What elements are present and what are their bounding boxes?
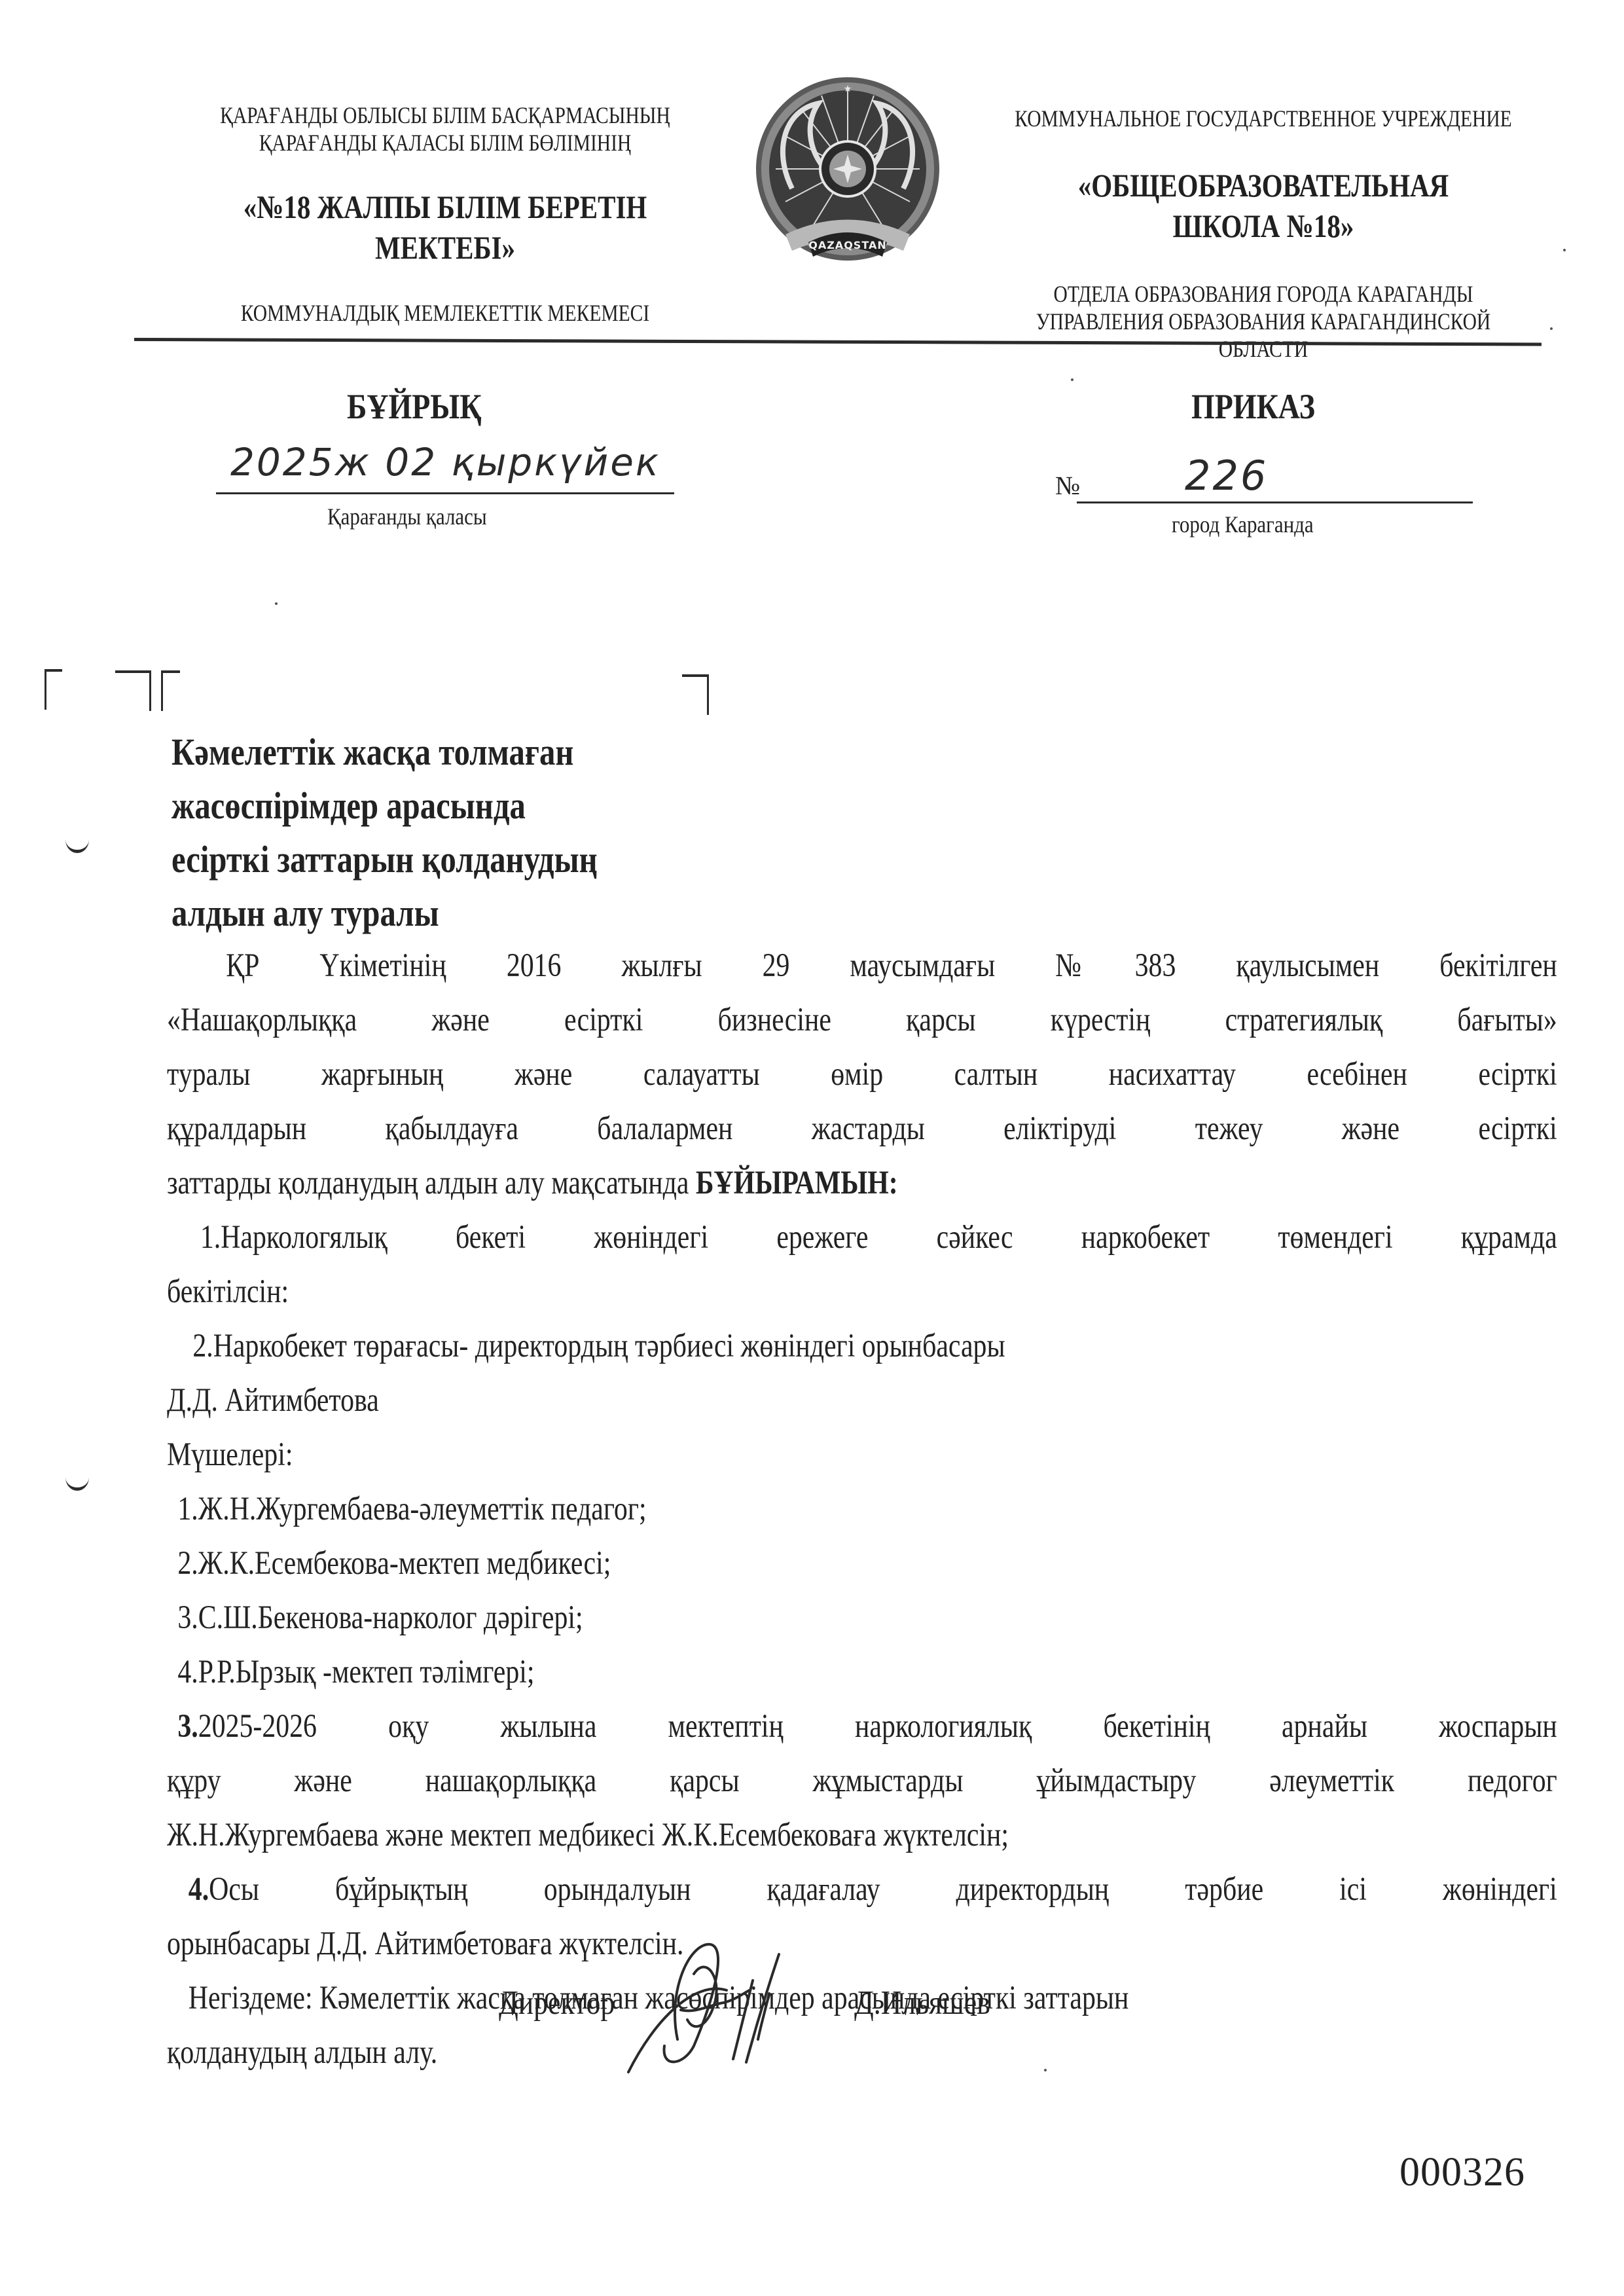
school-name-ru-line1: «ОБЩЕОБРАЗОВАТЕЛЬНАЯ (1005, 165, 1521, 206)
preamble-line-4: құралдарын қабылдауға балалармен жастард… (167, 1102, 1557, 1156)
order-number-handwritten: 226 (1185, 452, 1268, 500)
scan-artifact-hole-mark (65, 826, 89, 853)
item-4-line-2: орынбасары Д.Д. Айтимбетоваға жүктелсін. (167, 1917, 1557, 1971)
item-4-line-1-text: Осы бұйрықтың орындалуын қадағалау дирек… (209, 1871, 1557, 1908)
preamble-line-5-text: заттарды қолданудың алдын алу мақсатында (167, 1165, 696, 1201)
corner-bracket-top-right (682, 674, 709, 715)
page-number: 000326 (1399, 2149, 1525, 2196)
scan-artifact-hole-mark (65, 1464, 89, 1491)
member-4: 4.Р.Р.Ырзық -мектеп тәлімгері; (167, 1645, 1557, 1700)
preamble-line-2: «Нашақорлыққа және есірткі бизнесіне қар… (167, 993, 1557, 1048)
signatory-name: Д.Ильяшев (854, 1984, 990, 2022)
scan-speck (275, 602, 278, 605)
header-left-line1: ҚАРАҒАНДЫ ОБЛЫСЫ БІЛІМ БАСҚАРМАСЫНЫҢ (187, 101, 702, 129)
date-underline (216, 492, 674, 494)
item-4-number: 4. (189, 1871, 209, 1908)
item-1-line-1: 1.Наркологялық бекеті жөніндегі ережеге … (167, 1211, 1557, 1265)
header-left-line2: ҚАРАҒАНДЫ ҚАЛАСЫ БІЛІМ БӨЛІМІНІҢ (187, 129, 702, 156)
item-3-number: 3. (177, 1708, 198, 1745)
header-right-line1: ОТДЕЛА ОБРАЗОВАНИЯ ГОРОДА КАРАГАНДЫ (1005, 280, 1521, 308)
order-date-handwritten: 2025ж 02 қыркүйек (230, 440, 660, 484)
school-name-kz-line2: МЕКТЕБІ» (187, 227, 702, 268)
scan-speck (1044, 2069, 1047, 2071)
scan-speck (1550, 327, 1553, 330)
handwritten-signature-icon (615, 1928, 851, 2092)
item-2-line-2: Д.Д. Айтимбетова (167, 1374, 1557, 1428)
corner-bracket-top-left-inner (115, 670, 151, 711)
subject-line-1: Кәмелеттік жасқа толмаған (171, 725, 598, 779)
city-ru: город Караганда (1172, 511, 1314, 538)
preamble-line-3: туралы жарғының және салауатты өмір салт… (167, 1048, 1557, 1102)
item-4-line-1: 4.Осы бұйрықтың орындалуын қадағалау дир… (167, 1863, 1557, 1917)
corner-bracket-top-left (45, 669, 62, 710)
subject-line-3: есірткі заттарын қолданудың (171, 833, 598, 886)
order-subject: Кәмелеттік жасқа толмаған жасөспірімдер … (171, 725, 598, 940)
item-3-line-3: Ж.Н.Жургембаева және мектеп медбикесі Ж.… (167, 1808, 1557, 1863)
header-right-line2: УПРАВЛЕНИЯ ОБРАЗОВАНИЯ КАРАГАНДИНСКОЙ (1005, 308, 1521, 335)
order-title-ru: ПРИКАЗ (1191, 386, 1315, 427)
member-3: 3.С.Ш.Бекенова-нарколог дәрігері; (167, 1591, 1557, 1645)
corner-bracket-top-left-inner2 (161, 670, 180, 711)
header-right-line3: ОБЛАСТИ (1005, 335, 1521, 363)
institution-type-kz: КОММУНАЛДЫҚ МЕМЛЕКЕТТІК МЕКЕМЕСІ (187, 299, 702, 327)
header-left-kazakh: ҚАРАҒАНДЫ ОБЛЫСЫ БІЛІМ БАСҚАРМАСЫНЫҢ ҚАР… (187, 101, 702, 327)
kazakhstan-state-emblem-icon: ★ QAZAQSTAN (746, 71, 949, 274)
item-3-line-2: құру және нашақорлыққа қарсы жұмыстарды … (167, 1754, 1557, 1808)
svg-text:QAZAQSTAN: QAZAQSTAN (808, 239, 887, 251)
member-2: 2.Ж.К.Есембекова-мектеп медбикесі; (167, 1537, 1557, 1591)
order-body: ҚР Үкіметінің 2016 жылғы 29 маусымдағы №… (167, 939, 1557, 2080)
item-3-line-1: 3.2025-2026 оқу жылына мектептің нарколо… (167, 1700, 1557, 1754)
scan-speck (1563, 249, 1566, 251)
signatory-position: Директор (499, 1984, 615, 2022)
item-3-line-1-text: 2025-2026 оқу жылына мектептің наркологи… (198, 1708, 1557, 1745)
preamble-line-1: ҚР Үкіметінің 2016 жылғы 29 маусымдағы №… (167, 939, 1557, 993)
school-name-kz-line1: «№18 ЖАЛПЫ БІЛІМ БЕРЕТІН (187, 187, 702, 227)
number-underline (1077, 501, 1473, 503)
member-1: 1.Ж.Н.Жургембаева-әлеуметтік педагог; (167, 1482, 1557, 1537)
city-kz: Қарағанды қаласы (327, 503, 487, 530)
basis-line-2: қолданудың алдын алу. (167, 2026, 1557, 2080)
members-label: Мүшелері: (167, 1428, 1557, 1482)
svg-text:★: ★ (844, 84, 852, 94)
item-1-line-2: бекітілсін: (167, 1265, 1557, 1319)
subject-line-2: жасөспірімдер арасында (171, 779, 598, 833)
school-name-ru-line2: ШКОЛА №18» (1005, 206, 1521, 246)
order-directive-word: БҰЙЫРАМЫН: (696, 1165, 898, 1201)
item-2-line-1: 2.Наркобекет төрағасы- директордың тәрби… (167, 1319, 1557, 1374)
order-title-kz: БҰЙРЫҚ (347, 386, 482, 427)
scan-speck (1071, 378, 1074, 381)
preamble-line-5: заттарды қолданудың алдын алу мақсатында… (167, 1156, 1557, 1211)
institution-type-ru: КОММУНАЛЬНОЕ ГОСУДАРСТВЕННОЕ УЧРЕЖДЕНИЕ (1005, 105, 1521, 132)
subject-line-4: алдын алу туралы (171, 886, 598, 940)
order-number-label: № (1055, 470, 1080, 501)
header-right-russian: КОММУНАЛЬНОЕ ГОСУДАРСТВЕННОЕ УЧРЕЖДЕНИЕ … (1005, 105, 1521, 363)
